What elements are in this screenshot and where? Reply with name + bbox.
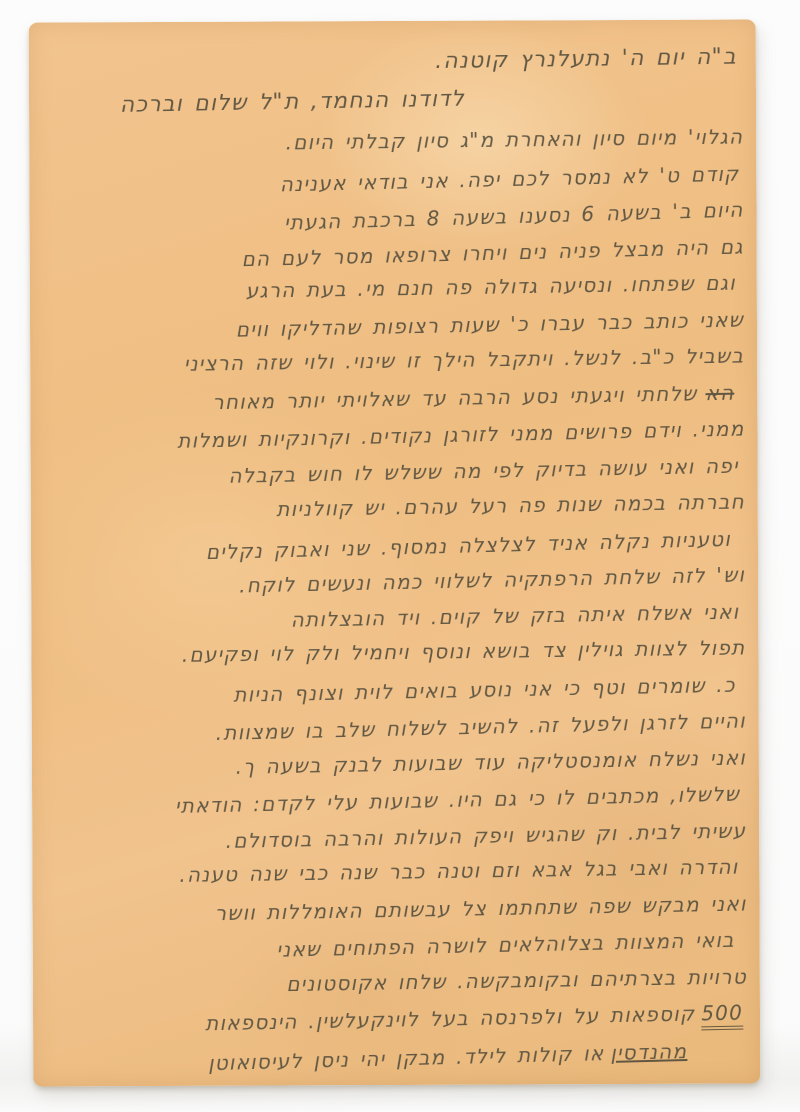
underlined-word: מהנדסין xyxy=(610,1038,687,1064)
handwriting-text: או קולות לילד. מבקן יהי ניסן לעיסואוטן xyxy=(208,1041,605,1075)
crossed-out-word: הא xyxy=(705,380,734,405)
handwriting-text: שלחתי ויגעתי נסע הרבה עד שאלויתי יותר מא… xyxy=(212,381,697,414)
letter-photo: ב"ה יום ה' נתעלנרץ קוטנה. לדודנו הנחמד, … xyxy=(0,0,800,1112)
double-underlined-number: 500 xyxy=(701,1001,743,1031)
handwriting-block: ב"ה יום ה' נתעלנרץ קוטנה. לדודנו הנחמד, … xyxy=(29,19,761,1086)
postcard-paper: ב"ה יום ה' נתעלנרץ קוטנה. לדודנו הנחמד, … xyxy=(29,19,761,1086)
handwriting-text: קוספאות על ולפרנסה בעל לוינקעלשין. הינספ… xyxy=(205,1002,696,1036)
